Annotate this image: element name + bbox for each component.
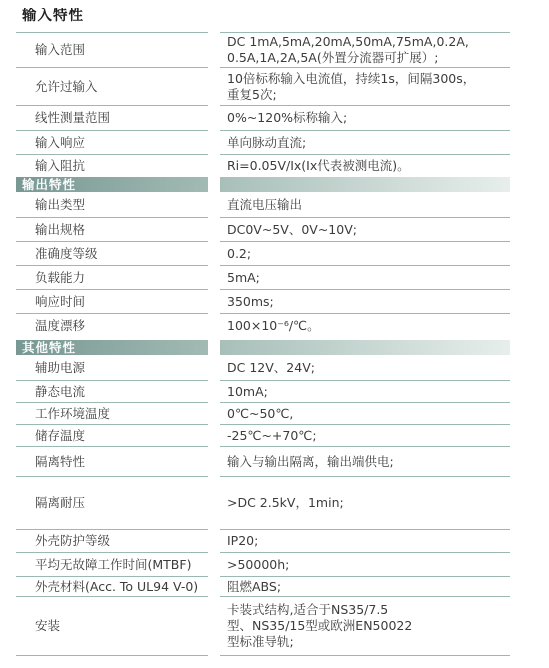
value-mtbf: >50000h;	[220, 553, 510, 577]
spec-table: 输入特性 输入范围 DC 1mA,5mA,20mA,50mA,75mA,0.2A…	[0, 0, 549, 656]
label-linear-range: 线性测量范围	[16, 106, 208, 131]
label-aux-power: 辅助电源	[16, 355, 208, 381]
value-operating-temperature: 0℃~50℃,	[220, 403, 510, 425]
value-linear-range: 0%~120%标称输入;	[220, 106, 510, 131]
label-response-time: 响应时间	[16, 290, 208, 314]
label-storage-temperature: 储存温度	[16, 425, 208, 447]
value-storage-temperature: -25℃~+70℃;	[220, 425, 510, 447]
section-header-other-extension	[220, 340, 510, 355]
label-ip-rating: 外壳防护等级	[16, 530, 208, 553]
label-accuracy-class: 准确度等级	[16, 242, 208, 266]
section-header-output: 输出特性	[16, 177, 208, 192]
value-case-material: 阻燃ABS;	[220, 577, 510, 597]
value-aux-power: DC 12V、24V;	[220, 355, 510, 381]
label-quiescent-current: 静态电流	[16, 381, 208, 403]
label-input-impedance: 输入阻抗	[16, 155, 208, 177]
section-header-output-extension	[220, 177, 510, 192]
label-overload-input: 允许过输入	[16, 68, 208, 106]
value-isolation: 输入与输出隔离，输出端供电;	[220, 447, 510, 477]
value-quiescent-current: 10mA;	[220, 381, 510, 403]
label-output-spec: 输出规格	[16, 218, 208, 242]
section-title-input-characteristics: 输入特性	[16, 8, 208, 33]
label-output-type: 输出类型	[16, 192, 208, 218]
value-output-spec: DC0V~5V、0V~10V;	[220, 218, 510, 242]
value-accuracy-class: 0.2;	[220, 242, 510, 266]
value-input-range: DC 1mA,5mA,20mA,50mA,75mA,0.2A, 0.5A,1A,…	[220, 33, 510, 68]
label-operating-temperature: 工作环境温度	[16, 403, 208, 425]
section-header-other: 其他特性	[16, 340, 208, 355]
label-input-response: 输入响应	[16, 131, 208, 155]
value-response-time: 350ms;	[220, 290, 510, 314]
label-mounting: 安装	[16, 597, 208, 656]
label-case-material: 外壳材料(Acc. To UL94 V-0)	[16, 577, 208, 597]
value-temperature-drift: 100×10⁻⁶/℃。	[220, 314, 510, 338]
value-input-response: 单向脉动直流;	[220, 131, 510, 155]
value-output-type: 直流电压输出	[220, 192, 510, 218]
value-input-impedance: Ri=0.05V/Ix(Ix代表被测电流)。	[220, 155, 510, 177]
label-load-capacity: 负载能力	[16, 266, 208, 290]
label-temperature-drift: 温度漂移	[16, 314, 208, 338]
label-isolation: 隔离特性	[16, 447, 208, 477]
value-ip-rating: IP20;	[220, 530, 510, 553]
value-load-capacity: 5mA;	[220, 266, 510, 290]
title-underline-spacer	[220, 8, 510, 33]
label-isolation-voltage: 隔离耐压	[16, 477, 208, 530]
value-overload-input: 10倍标称输入电流值，持续1s，间隔300s， 重复5次;	[220, 68, 510, 106]
value-isolation-voltage: >DC 2.5kV，1min;	[220, 477, 510, 530]
label-mtbf: 平均无故障工作时间(MTBF)	[16, 553, 208, 577]
value-mounting: 卡装式结构,适合于NS35/7.5 型、NS35/15型或欧洲EN50022 型…	[220, 597, 510, 656]
label-input-range: 输入范围	[16, 33, 208, 68]
